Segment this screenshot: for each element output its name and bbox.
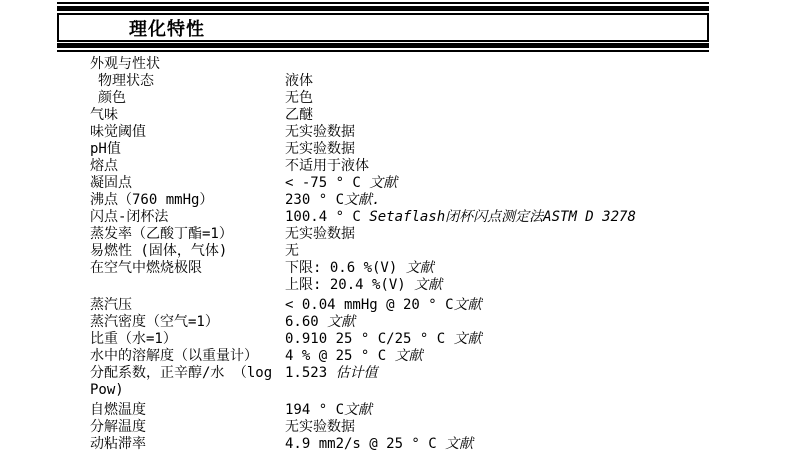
value-text: 0.910 25 ° C/25 ° C	[285, 331, 454, 347]
property-values: 不适用于液体	[285, 158, 730, 175]
value-text: 下限: 0.6 %(V)	[285, 260, 406, 276]
property-label: 蒸汽密度（空气=1）	[90, 314, 285, 331]
property-value: 无实验数据	[285, 124, 730, 141]
property-row: pH值无实验数据	[90, 141, 730, 158]
property-value: 6.60 文献	[285, 314, 730, 331]
property-value: 4 % @ 25 ° C 文献	[285, 348, 730, 365]
property-values: 无实验数据	[285, 419, 730, 436]
value-text: 无	[285, 243, 299, 259]
property-row: 蒸发率（乙酸丁酯=1）无实验数据	[90, 226, 730, 243]
property-value: 下限: 0.6 %(V) 文献	[285, 260, 730, 277]
property-value: 0.910 25 ° C/25 ° C 文献	[285, 331, 730, 348]
top-thin-rule	[57, 2, 709, 4]
property-value: 100.4 ° C Setaflash闭杯闪点测定法ASTM D 3278	[285, 209, 730, 226]
value-text: 无实验数据	[285, 124, 355, 140]
property-values: 4.9 mm2/s @ 25 ° C 文献	[285, 436, 730, 453]
property-value: 乙醚	[285, 107, 730, 124]
property-row: 物理状态液体	[90, 73, 730, 90]
property-label: 分配系数，正辛醇/水 （log Pow)	[90, 365, 285, 399]
property-label: 颜色	[90, 90, 285, 107]
value-text: 1.523	[285, 365, 336, 381]
property-row: 气味乙醚	[90, 107, 730, 124]
property-values: 6.60 文献	[285, 314, 730, 331]
property-values: 100.4 ° C Setaflash闭杯闪点测定法ASTM D 3278	[285, 209, 730, 226]
property-values	[285, 56, 730, 73]
property-label: 闪点-闭杯法	[90, 209, 285, 226]
property-row: 颜色无色	[90, 90, 730, 107]
property-row: 水中的溶解度（以重量计）4 % @ 25 ° C 文献	[90, 348, 730, 365]
property-label: 外观与性状	[90, 56, 285, 73]
value-text: < 0.04 mmHg @ 20 ° C	[285, 297, 454, 313]
property-row: 凝固点< -75 ° C 文献	[90, 175, 730, 192]
value-text: 4.9 mm2/s @ 25 ° C	[285, 436, 445, 452]
value-text: 不适用于液体	[285, 158, 369, 174]
bottom-thin-rule	[57, 50, 709, 52]
property-label: 沸点（760 mmHg）	[90, 192, 285, 209]
value-note: 文献	[454, 331, 482, 347]
property-values: 0.910 25 ° C/25 ° C 文献	[285, 331, 730, 348]
property-values: 无实验数据	[285, 226, 730, 243]
property-row: 闪点-闭杯法100.4 ° C Setaflash闭杯闪点测定法ASTM D 3…	[90, 209, 730, 226]
property-value: 230 ° C文献.	[285, 192, 730, 209]
value-text: 无实验数据	[285, 141, 355, 157]
property-row: 比重（水=1）0.910 25 ° C/25 ° C 文献	[90, 331, 730, 348]
property-row: 熔点不适用于液体	[90, 158, 730, 175]
property-values: 4 % @ 25 ° C 文献	[285, 348, 730, 365]
property-values: 230 ° C文献.	[285, 192, 730, 209]
property-label: 蒸发率（乙酸丁酯=1）	[90, 226, 285, 243]
section-title-box: 理化特性	[57, 13, 709, 42]
value-text: 100.4 ° C	[285, 209, 369, 225]
value-note: 文献	[327, 314, 355, 330]
value-text: 液体	[285, 73, 313, 89]
property-row: 外观与性状	[90, 56, 730, 73]
property-row: 易燃性 (固体，气体)无	[90, 243, 730, 260]
value-note: 估计值	[336, 365, 378, 381]
property-values: 1.523 估计值	[285, 365, 730, 399]
property-label: 熔点	[90, 158, 285, 175]
property-row: 味觉阈值无实验数据	[90, 124, 730, 141]
property-value: 无实验数据	[285, 226, 730, 243]
property-values: 无	[285, 243, 730, 260]
value-note: 文献	[395, 348, 423, 364]
value-note: 文献	[406, 260, 434, 276]
property-values: 无实验数据	[285, 124, 730, 141]
property-value: 无实验数据	[285, 419, 730, 436]
property-label: 自燃温度	[90, 402, 285, 419]
value-note: 文献	[414, 277, 442, 293]
property-label: 在空气中燃烧极限	[90, 260, 285, 294]
bottom-thick-rule	[57, 43, 709, 48]
property-value: 无	[285, 243, 730, 260]
property-values: 无实验数据	[285, 141, 730, 158]
value-text: 4 % @ 25 ° C	[285, 348, 395, 364]
property-label: 物理状态	[90, 73, 285, 90]
property-row: 蒸汽压< 0.04 mmHg @ 20 ° C文献	[90, 297, 730, 314]
value-text: 230 ° C	[285, 192, 344, 208]
properties-table: 外观与性状物理状态液体颜色无色气味乙醚味觉阈值无实验数据pH值无实验数据熔点不适…	[90, 56, 730, 453]
property-label: pH值	[90, 141, 285, 158]
value-note: 文献	[369, 175, 397, 191]
property-value: 4.9 mm2/s @ 25 ° C 文献	[285, 436, 730, 453]
value-note: 文献	[454, 297, 482, 313]
property-label: 动粘滞率	[90, 436, 285, 453]
property-label: 分解温度	[90, 419, 285, 436]
value-text: 6.60	[285, 314, 327, 330]
property-values: 乙醚	[285, 107, 730, 124]
property-row: 分配系数，正辛醇/水 （log Pow)1.523 估计值	[90, 365, 730, 399]
value-text: 无实验数据	[285, 226, 355, 242]
property-value: 194 ° C文献	[285, 402, 730, 419]
section-title: 理化特性	[59, 15, 205, 41]
value-text: 无色	[285, 90, 313, 106]
property-label: 气味	[90, 107, 285, 124]
value-note: 文献.	[344, 192, 380, 208]
value-note: 文献	[344, 402, 372, 418]
property-row: 蒸汽密度（空气=1）6.60 文献	[90, 314, 730, 331]
property-values: < 0.04 mmHg @ 20 ° C文献	[285, 297, 730, 314]
value-text: < -75 ° C	[285, 175, 369, 191]
value-text: 乙醚	[285, 107, 313, 123]
property-row: 在空气中燃烧极限下限: 0.6 %(V) 文献上限: 20.4 %(V) 文献	[90, 260, 730, 294]
property-value: 液体	[285, 73, 730, 90]
property-value: < -75 ° C 文献	[285, 175, 730, 192]
property-value: 无实验数据	[285, 141, 730, 158]
value-note: 文献	[445, 436, 473, 452]
value-text: 无实验数据	[285, 419, 355, 435]
document-page: 理化特性 外观与性状物理状态液体颜色无色气味乙醚味觉阈值无实验数据pH值无实验数…	[0, 2, 788, 453]
property-values: 下限: 0.6 %(V) 文献上限: 20.4 %(V) 文献	[285, 260, 730, 294]
property-row: 分解温度无实验数据	[90, 419, 730, 436]
property-label: 比重（水=1）	[90, 331, 285, 348]
value-text: 上限: 20.4 %(V)	[285, 277, 414, 293]
property-value: 无色	[285, 90, 730, 107]
property-value: < 0.04 mmHg @ 20 ° C文献	[285, 297, 730, 314]
value-note: Setaflash闭杯闪点测定法ASTM D 3278	[369, 209, 636, 225]
property-row: 自燃温度194 ° C文献	[90, 402, 730, 419]
property-values: 194 ° C文献	[285, 402, 730, 419]
property-row: 沸点（760 mmHg）230 ° C文献.	[90, 192, 730, 209]
property-values: 液体	[285, 73, 730, 90]
property-label: 易燃性 (固体，气体)	[90, 243, 285, 260]
property-values: < -75 ° C 文献	[285, 175, 730, 192]
property-row: 动粘滞率4.9 mm2/s @ 25 ° C 文献	[90, 436, 730, 453]
property-label: 水中的溶解度（以重量计）	[90, 348, 285, 365]
property-label: 味觉阈值	[90, 124, 285, 141]
top-thick-rule	[57, 6, 709, 11]
property-value: 上限: 20.4 %(V) 文献	[285, 277, 730, 294]
property-label: 凝固点	[90, 175, 285, 192]
section-header: 理化特性	[57, 2, 709, 52]
property-value: 1.523 估计值	[285, 365, 730, 382]
value-text: 194 ° C	[285, 402, 344, 418]
property-value: 不适用于液体	[285, 158, 730, 175]
property-label: 蒸汽压	[90, 297, 285, 314]
property-values: 无色	[285, 90, 730, 107]
